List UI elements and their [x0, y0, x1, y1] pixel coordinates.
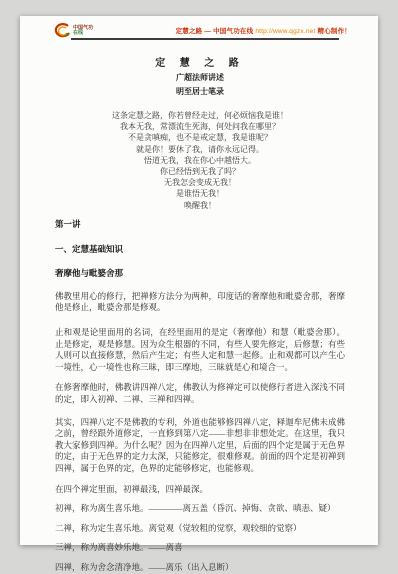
body-paragraph: 佛教里用心的修行，把禅修方法分为两种，印度话的奢摩他和毗婆舍那，奢摩他是修止，毗…	[55, 291, 345, 314]
banner-suffix: 精心制作！	[318, 28, 352, 35]
byline-transcriber: 明至居士笔录	[55, 86, 345, 97]
poem-line: 这条定慧之路，你若曾经走过，何必烦恼我是谁！	[55, 110, 345, 121]
banner-title: 定慧之路 — 中国气功在线	[176, 28, 254, 35]
header-banner: 定慧之路 — 中国气功在线 http://www.qgzx.net 精心制作！	[176, 26, 351, 35]
opening-poem: 这条定慧之路，你若曾经走过，何必烦恼我是谁！ 我本无我，常漂流生死海，何处问我在…	[55, 110, 345, 211]
poem-line: 是谁悟无我！	[55, 188, 345, 199]
jhana-list-item: 三禅，称为离喜妙乐地。——离喜	[55, 542, 345, 554]
subsection-heading: 奢摩他与毗婆舍那	[55, 267, 345, 279]
jhana-list-intro: 在四个禅定里面，初禅最浅，四禅最深。	[55, 484, 345, 496]
poem-line: 就是你！要休了我，请你永远记得。	[55, 144, 345, 155]
logo-text: 中国气功 在线	[73, 26, 93, 37]
chapter-heading: 第一讲	[55, 218, 345, 230]
document-page: 中国气功 在线 定慧之路 — 中国气功在线 http://www.qgzx.ne…	[20, 16, 378, 545]
banner-url-link[interactable]: http://www.qgzx.net	[255, 28, 315, 35]
poem-line: 悟道无我，我在你心中越悟大。	[55, 155, 345, 166]
jhana-list-item: 初禅，称为离生喜乐地。————离五盖（昏沉、掉悔、贪欲、嗔恚、疑）	[55, 503, 345, 515]
body-paragraph: 其实，四禅八定不是佛教的专利，外道也能够修四禅八定，释迦牟尼佛未成佛之前，曾经跟…	[55, 417, 345, 475]
section-heading: 一、定慧基础知识	[55, 243, 345, 255]
page-header: 中国气功 在线 定慧之路 — 中国气功在线 http://www.qgzx.ne…	[55, 16, 345, 42]
rainbow-arc-icon	[52, 23, 72, 39]
byline-speaker: 广超法师讲述	[55, 72, 345, 83]
poem-line: 我本无我，常漂流生死海，何处问我在哪里？	[55, 121, 345, 132]
poem-line: 你已经悟到无我了吗？	[55, 166, 345, 177]
qigong-site-logo: 中国气功 在线	[52, 23, 93, 39]
header-rule	[71, 38, 339, 40]
page-title: 定 慧 之 路	[55, 54, 345, 69]
body-paragraph: 止和观是论里面用的名词，在经里面用的是定（奢摩他）和慧（毗婆舍那）。止是修定，观…	[55, 327, 345, 373]
logo-text-line2: 在线	[73, 30, 83, 36]
poem-line: 无我怎会变成无我！	[55, 177, 345, 188]
body-paragraph: 在修奢摩他时，佛教讲四禅八定，佛教认为修禅定可以使修行者进入深浅不同的定，即入初…	[55, 382, 345, 405]
jhana-list-item: 二禅，称为定生喜乐地。离觉观（觉较粗的觉察，观较细的觉察）	[55, 523, 345, 535]
poem-line: 不是贪嗔痴，也不是戒定慧，我是谁呢？	[55, 132, 345, 143]
jhana-list: 初禅，称为离生喜乐地。————离五盖（昏沉、掉悔、贪欲、嗔恚、疑） 二禅，称为定…	[55, 503, 345, 563]
poem-line: 唤醒我！	[55, 200, 345, 211]
